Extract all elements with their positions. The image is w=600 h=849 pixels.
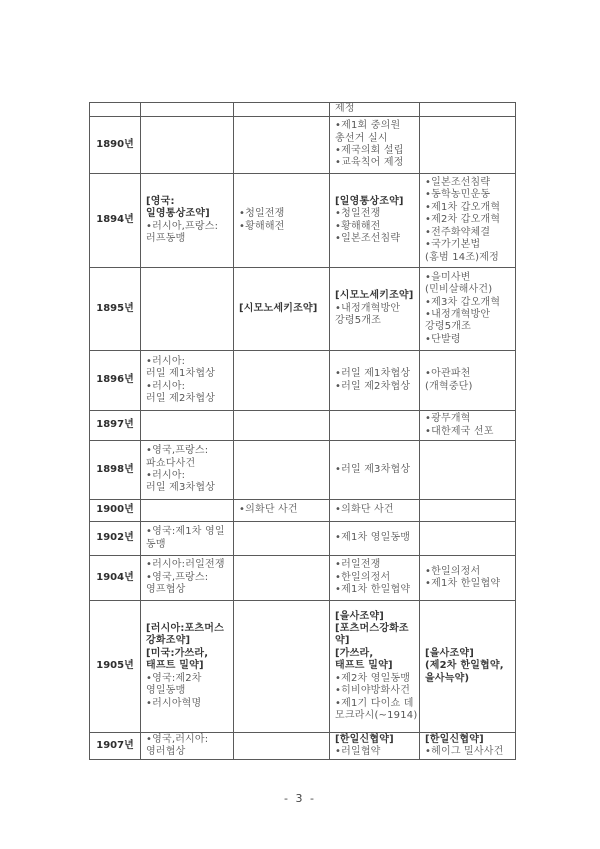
cell-line: 강령5개조 xyxy=(425,321,512,333)
cell-line: •단발령 xyxy=(425,334,512,346)
cell-line: •황해해전 xyxy=(335,221,416,233)
table-row: 1894년 [영국: 일영통상조약] •러시아,프랑스: 러프동맹 •청일전쟁 … xyxy=(90,174,516,268)
cell-line: •제3차 갑오개혁 xyxy=(425,297,512,309)
document-page: 제정 1890년 •제1회 중의원 총선거 실시 •제국의회 설립 •교육칙어 … xyxy=(0,0,600,849)
cell-line: [을사조약] xyxy=(335,611,416,623)
cell-line: •제2차 영일동맹 xyxy=(335,673,416,685)
cell-line: 강령5개조 xyxy=(335,315,416,327)
cell-line: •제1차 한일협약 xyxy=(425,578,512,590)
event-cell: [일영통상조약] •청일전쟁 •황해해전 •일본조선침략 xyxy=(330,174,420,268)
event-cell: •광무개혁 •대한제국 선포 xyxy=(420,411,516,441)
cell-line: [영국: xyxy=(146,196,230,208)
event-cell: •러일전쟁 •한일의정서 •제1차 한일협약 xyxy=(330,556,420,601)
year-cell: 1904년 xyxy=(90,556,141,601)
event-cell: •의화단 사건 xyxy=(330,500,420,522)
cell-line: •러일 제2차협상 xyxy=(335,381,416,393)
event-cell: •영국,러시아: 영러협상 xyxy=(141,733,234,760)
cell-line: •영국,프랑스: xyxy=(146,572,230,584)
event-cell xyxy=(234,556,330,601)
cell-line: •교육칙어 제정 xyxy=(335,157,416,169)
event-cell xyxy=(234,351,330,411)
cell-line: •제1차 갑오개혁 xyxy=(425,202,512,214)
cell-line: [한일신협약] xyxy=(425,734,512,746)
event-cell xyxy=(234,601,330,733)
event-cell: •의화단 사건 xyxy=(234,500,330,522)
event-cell xyxy=(234,733,330,760)
cell-line: 태프트 밀약] xyxy=(146,660,230,672)
cell-line: •일본조선침략 xyxy=(335,233,416,245)
year-cell: 1895년 xyxy=(90,268,141,351)
event-cell xyxy=(420,441,516,500)
event-cell xyxy=(234,441,330,500)
event-cell xyxy=(141,500,234,522)
cell-line: [시모노세키조약] xyxy=(239,303,326,315)
cell-line: 총선거 실시 xyxy=(335,133,416,145)
year-cell: 1890년 xyxy=(90,117,141,174)
cell-line: •국가기본법 xyxy=(425,239,512,251)
cell-line: •대한제국 선포 xyxy=(425,426,512,438)
cell-line: 동맹 xyxy=(146,539,230,551)
event-cell: [한일신협약] •헤이그 밀사사건 xyxy=(420,733,516,760)
cell-line: •영국,러시아: xyxy=(146,734,230,746)
year-cell: 1897년 xyxy=(90,411,141,441)
event-cell: [을사조약] [포츠머스강화조 약] [가쓰라, 태프트 밀약] •제2차 영일… xyxy=(330,601,420,733)
cell-line: •영국:제2차 xyxy=(146,673,230,685)
cell-line: •러일 제1차협상 xyxy=(335,368,416,380)
chronology-table: 제정 1890년 •제1회 중의원 총선거 실시 •제국의회 설립 •교육칙어 … xyxy=(89,102,516,760)
cell-line: 러일 제2차협상 xyxy=(146,393,230,405)
cell-line: (개혁중단) xyxy=(425,381,512,393)
event-cell: •영국,프랑스: 파쇼다사건 •러시아: 러일 제3차협상 xyxy=(141,441,234,500)
cell-line: •제1차 영일동맹 xyxy=(335,532,416,544)
cell-line: 파쇼다사건 xyxy=(146,458,230,470)
cell-line: •러시아혁명 xyxy=(146,698,230,710)
cell-line: 약] xyxy=(335,635,416,647)
cell-line: •일본조선침략 xyxy=(425,177,512,189)
cell-line: •동학농민운동 xyxy=(425,189,512,201)
cell-line: 태프트 밀약] xyxy=(335,660,416,672)
cell-line: [일영통상조약] xyxy=(335,196,416,208)
cell-line: 러일 제3차협상 xyxy=(146,482,230,494)
table-row: 1900년 •의화단 사건 •의화단 사건 xyxy=(90,500,516,522)
event-cell xyxy=(420,103,516,117)
cell-line: 을사늑약) xyxy=(425,673,512,685)
cell-line: [포츠머스강화조 xyxy=(335,623,416,635)
cell-line: •제1회 중의원 xyxy=(335,120,416,132)
cell-line: 러일 제1차협상 xyxy=(146,368,230,380)
cell-line: •영국,프랑스: xyxy=(146,445,230,457)
table-row: 1897년 •광무개혁 •대한제국 선포 xyxy=(90,411,516,441)
event-cell xyxy=(234,522,330,556)
event-cell: •일본조선침략 •동학농민운동 •제1차 갑오개혁 •제2차 갑오개혁 •전주화… xyxy=(420,174,516,268)
cell-line: (민비살해사건) xyxy=(425,284,512,296)
year-cell: 1902년 xyxy=(90,522,141,556)
page-number: - 3 - xyxy=(0,792,600,805)
event-cell: [영국: 일영통상조약] •러시아,프랑스: 러프동맹 xyxy=(141,174,234,268)
event-cell xyxy=(234,117,330,174)
event-cell: 제정 xyxy=(330,103,420,117)
cell-line: •아관파천 xyxy=(425,368,512,380)
event-cell: [시모노세키조약] xyxy=(234,268,330,351)
cell-line: •한일의정서 xyxy=(335,572,416,584)
cell-line: [러시아:포츠머스 xyxy=(146,623,230,635)
cell-line: •의화단 사건 xyxy=(335,504,416,516)
cell-line: •러일 제3차협상 xyxy=(335,464,416,476)
event-cell: •청일전쟁 •황해해전 xyxy=(234,174,330,268)
cell-line: •러시아:러일전쟁 xyxy=(146,559,230,571)
cell-line: •한일의정서 xyxy=(425,566,512,578)
event-cell: •제1회 중의원 총선거 실시 •제국의회 설립 •교육칙어 제정 xyxy=(330,117,420,174)
cell-line: 제정 xyxy=(335,103,416,115)
year-cell: 1900년 xyxy=(90,500,141,522)
cell-line: •청일전쟁 xyxy=(335,208,416,220)
event-cell xyxy=(234,411,330,441)
cell-line: •러일협약 xyxy=(335,746,416,758)
event-cell: •한일의정서 •제1차 한일협약 xyxy=(420,556,516,601)
cell-line: •황해해전 xyxy=(239,221,326,233)
cell-line: •내정개혁방안 xyxy=(425,309,512,321)
table-row: 1902년 •영국:제1차 영일 동맹 •제1차 영일동맹 xyxy=(90,522,516,556)
cell-line: •제1차 한일협약 xyxy=(335,584,416,596)
event-cell: [시모노세키조약] •내정개혁방안 강령5개조 xyxy=(330,268,420,351)
year-cell xyxy=(90,103,141,117)
table-row: 1895년 [시모노세키조약] [시모노세키조약] •내정개혁방안 강령5개조 … xyxy=(90,268,516,351)
cell-line: •러일전쟁 xyxy=(335,559,416,571)
cell-line: [시모노세키조약] xyxy=(335,290,416,302)
event-cell xyxy=(141,117,234,174)
cell-line: •러시아: xyxy=(146,470,230,482)
event-cell: •영국:제1차 영일 동맹 xyxy=(141,522,234,556)
cell-line: [미국:가쓰라, xyxy=(146,648,230,660)
cell-line: 영일동맹 xyxy=(146,685,230,697)
cell-line: 영러협상 xyxy=(146,746,230,758)
cell-line: •을미사변 xyxy=(425,272,512,284)
event-cell: •러일 제3차협상 xyxy=(330,441,420,500)
table-row: 1905년 [러시아:포츠머스 강화조약] [미국:가쓰라, 태프트 밀약] •… xyxy=(90,601,516,733)
cell-line: •제1기 다이쇼 데 xyxy=(335,698,416,710)
year-cell: 1898년 xyxy=(90,441,141,500)
cell-line: 일영통상조약] xyxy=(146,208,230,220)
event-cell xyxy=(420,522,516,556)
cell-line: [한일신협약] xyxy=(335,734,416,746)
event-cell xyxy=(141,268,234,351)
cell-line: 영프협상 xyxy=(146,584,230,596)
cell-line: •제국의회 설립 xyxy=(335,145,416,157)
cell-line: •헤이그 밀사사건 xyxy=(425,746,512,758)
year-cell: 1905년 xyxy=(90,601,141,733)
cell-line: •의화단 사건 xyxy=(239,504,326,516)
cell-line: •내정개혁방안 xyxy=(335,303,416,315)
event-cell: [러시아:포츠머스 강화조약] [미국:가쓰라, 태프트 밀약] •영국:제2차… xyxy=(141,601,234,733)
cell-line: (제2차 한일협약, xyxy=(425,660,512,672)
year-cell: 1894년 xyxy=(90,174,141,268)
cell-line: •전주화약체결 xyxy=(425,227,512,239)
event-cell xyxy=(234,103,330,117)
year-cell: 1896년 xyxy=(90,351,141,411)
table-row: 1890년 •제1회 중의원 총선거 실시 •제국의회 설립 •교육칙어 제정 xyxy=(90,117,516,174)
event-cell: [을사조약] (제2차 한일협약, 을사늑약) xyxy=(420,601,516,733)
cell-line: [을사조약] xyxy=(425,648,512,660)
cell-line: •광무개혁 xyxy=(425,413,512,425)
event-cell xyxy=(420,117,516,174)
table-row: 1896년 •러시아: 러일 제1차협상 •러시아: 러일 제2차협상 •러일 … xyxy=(90,351,516,411)
event-cell xyxy=(420,500,516,522)
year-cell: 1907년 xyxy=(90,733,141,760)
event-cell: •러시아:러일전쟁 •영국,프랑스: 영프협상 xyxy=(141,556,234,601)
event-cell: •러일 제1차협상 •러일 제2차협상 xyxy=(330,351,420,411)
table-row: 1907년 •영국,러시아: 영러협상 [한일신협약] •러일협약 [한일신협약… xyxy=(90,733,516,760)
cell-line: •러시아: xyxy=(146,381,230,393)
table-row: 1904년 •러시아:러일전쟁 •영국,프랑스: 영프협상 •러일전쟁 •한일의… xyxy=(90,556,516,601)
cell-line: •영국:제1차 영일 xyxy=(146,526,230,538)
event-cell: •러시아: 러일 제1차협상 •러시아: 러일 제2차협상 xyxy=(141,351,234,411)
event-cell: •제1차 영일동맹 xyxy=(330,522,420,556)
event-cell xyxy=(330,411,420,441)
cell-line: •러시아: xyxy=(146,356,230,368)
event-cell: •을미사변 (민비살해사건) •제3차 갑오개혁 •내정개혁방안 강령5개조 •… xyxy=(420,268,516,351)
table-row: 제정 xyxy=(90,103,516,117)
cell-line: •러시아,프랑스: xyxy=(146,221,230,233)
cell-line: (홍범 14조)제정 xyxy=(425,252,512,264)
event-cell xyxy=(141,103,234,117)
cell-line: 러프동맹 xyxy=(146,233,230,245)
event-cell xyxy=(141,411,234,441)
cell-line: •청일전쟁 xyxy=(239,208,326,220)
event-cell: [한일신협약] •러일협약 xyxy=(330,733,420,760)
event-cell: •아관파천 (개혁중단) xyxy=(420,351,516,411)
cell-line: •제2차 갑오개혁 xyxy=(425,214,512,226)
cell-line: 강화조약] xyxy=(146,635,230,647)
cell-line: •히비야방화사건 xyxy=(335,685,416,697)
cell-line: [가쓰라, xyxy=(335,648,416,660)
table-row: 1898년 •영국,프랑스: 파쇼다사건 •러시아: 러일 제3차협상 •러일 … xyxy=(90,441,516,500)
cell-line: 모크라시(~1914) xyxy=(335,710,416,722)
